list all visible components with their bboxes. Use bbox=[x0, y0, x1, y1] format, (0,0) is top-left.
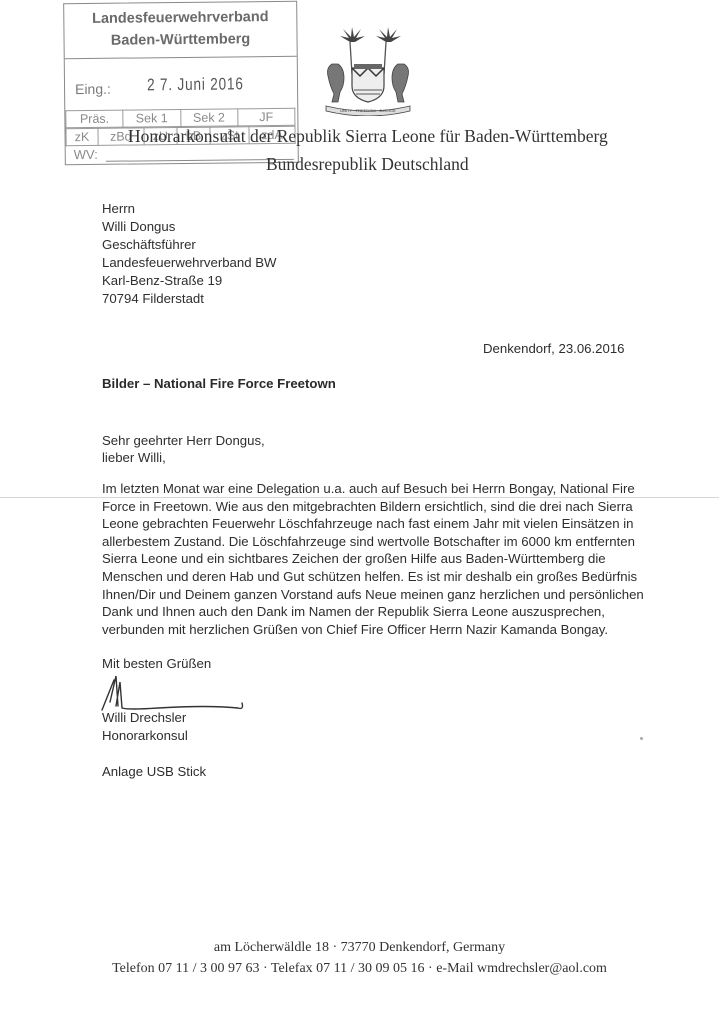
body-line: verbunden mit herzlichen Grüßen von Chie… bbox=[102, 621, 662, 639]
body-line: Leone gebrachten Feuerwehr Löschfahrzeug… bbox=[102, 515, 662, 533]
letterhead-subtitle: Bundesrepublik Deutschland bbox=[266, 154, 469, 175]
address-line: 70794 Filderstadt bbox=[102, 290, 276, 308]
closing: Mit besten Grüßen bbox=[102, 656, 211, 671]
stamp-divider bbox=[65, 56, 297, 59]
body-line: Force in Freetown. Wie aus den mitgebrac… bbox=[102, 498, 662, 516]
address-line: Geschäftsführer bbox=[102, 236, 276, 254]
salutation-line: Sehr geehrter Herr Dongus, bbox=[102, 432, 265, 449]
body-line: allerbestem Zustand. Die Löschfahrzeuge … bbox=[102, 533, 662, 551]
stamp-cell: zK bbox=[66, 128, 98, 145]
address-line: Willi Dongus bbox=[102, 218, 276, 236]
stamp-received-label: Eing.: bbox=[75, 81, 111, 97]
salutation: Sehr geehrter Herr Dongus, lieber Willi, bbox=[102, 432, 265, 466]
stamp-cell: Sek 2 bbox=[180, 109, 237, 127]
stamp-cell: Sek 1 bbox=[123, 110, 180, 128]
coat-of-arms-icon: UNITY · FREEDOM · JUSTICE bbox=[318, 24, 418, 116]
stamp-org-line2: Baden-Württemberg bbox=[64, 28, 296, 52]
signatory-name: Willi Drechsler bbox=[102, 710, 186, 725]
body-line: Menschen und deren Hab und Gut schützen … bbox=[102, 568, 662, 586]
letter-date: Denkendorf, 23.06.2016 bbox=[483, 341, 625, 356]
address-line: Landesfeuerwehrverband BW bbox=[102, 254, 276, 272]
signatory-title: Honorarkonsul bbox=[102, 728, 188, 743]
body-line: Im letzten Monat war eine Delegation u.a… bbox=[102, 480, 662, 498]
body-line: Sierra Leone und ein sichtbares Zeichen … bbox=[102, 550, 662, 568]
address-line: Herrn bbox=[102, 200, 276, 218]
stamp-org-line1: Landesfeuerwehrverband bbox=[64, 6, 296, 30]
body-line: Dank und Ihnen auch den Dank im Namen de… bbox=[102, 603, 662, 621]
recipient-address: Herrn Willi Dongus Geschäftsführer Lande… bbox=[102, 200, 276, 308]
address-line: Karl-Benz-Straße 19 bbox=[102, 272, 276, 290]
stamp-wv-label: WV: bbox=[74, 147, 98, 162]
emblem-motto: UNITY · FREEDOM · JUSTICE bbox=[340, 108, 396, 113]
stamp-organization: Landesfeuerwehrverband Baden-Württemberg bbox=[64, 2, 296, 52]
stamp-cell: Präs. bbox=[66, 110, 123, 128]
letterhead-title: Honorarkonsulat der Republik Sierra Leon… bbox=[128, 126, 608, 147]
salutation-line: lieber Willi, bbox=[102, 449, 265, 466]
scan-artifact-dot bbox=[640, 737, 643, 740]
body-line: Ihnen/Dir und Deinem ganzen Vorstand auf… bbox=[102, 586, 662, 604]
letter-body: Im letzten Monat war eine Delegation u.a… bbox=[102, 480, 662, 638]
footer-contact: Telefon 07 11 / 3 00 97 63 · Telefax 07 … bbox=[0, 961, 719, 977]
stamp-cell: JF bbox=[238, 108, 295, 126]
stamp-received-date: 2 7. Juni 2016 bbox=[147, 74, 244, 95]
enclosure-note: Anlage USB Stick bbox=[102, 764, 206, 779]
letter-subject: Bilder – National Fire Force Freetown bbox=[102, 376, 336, 391]
footer-address: am Löcherwäldle 18 · 73770 Denkendorf, G… bbox=[0, 940, 719, 956]
